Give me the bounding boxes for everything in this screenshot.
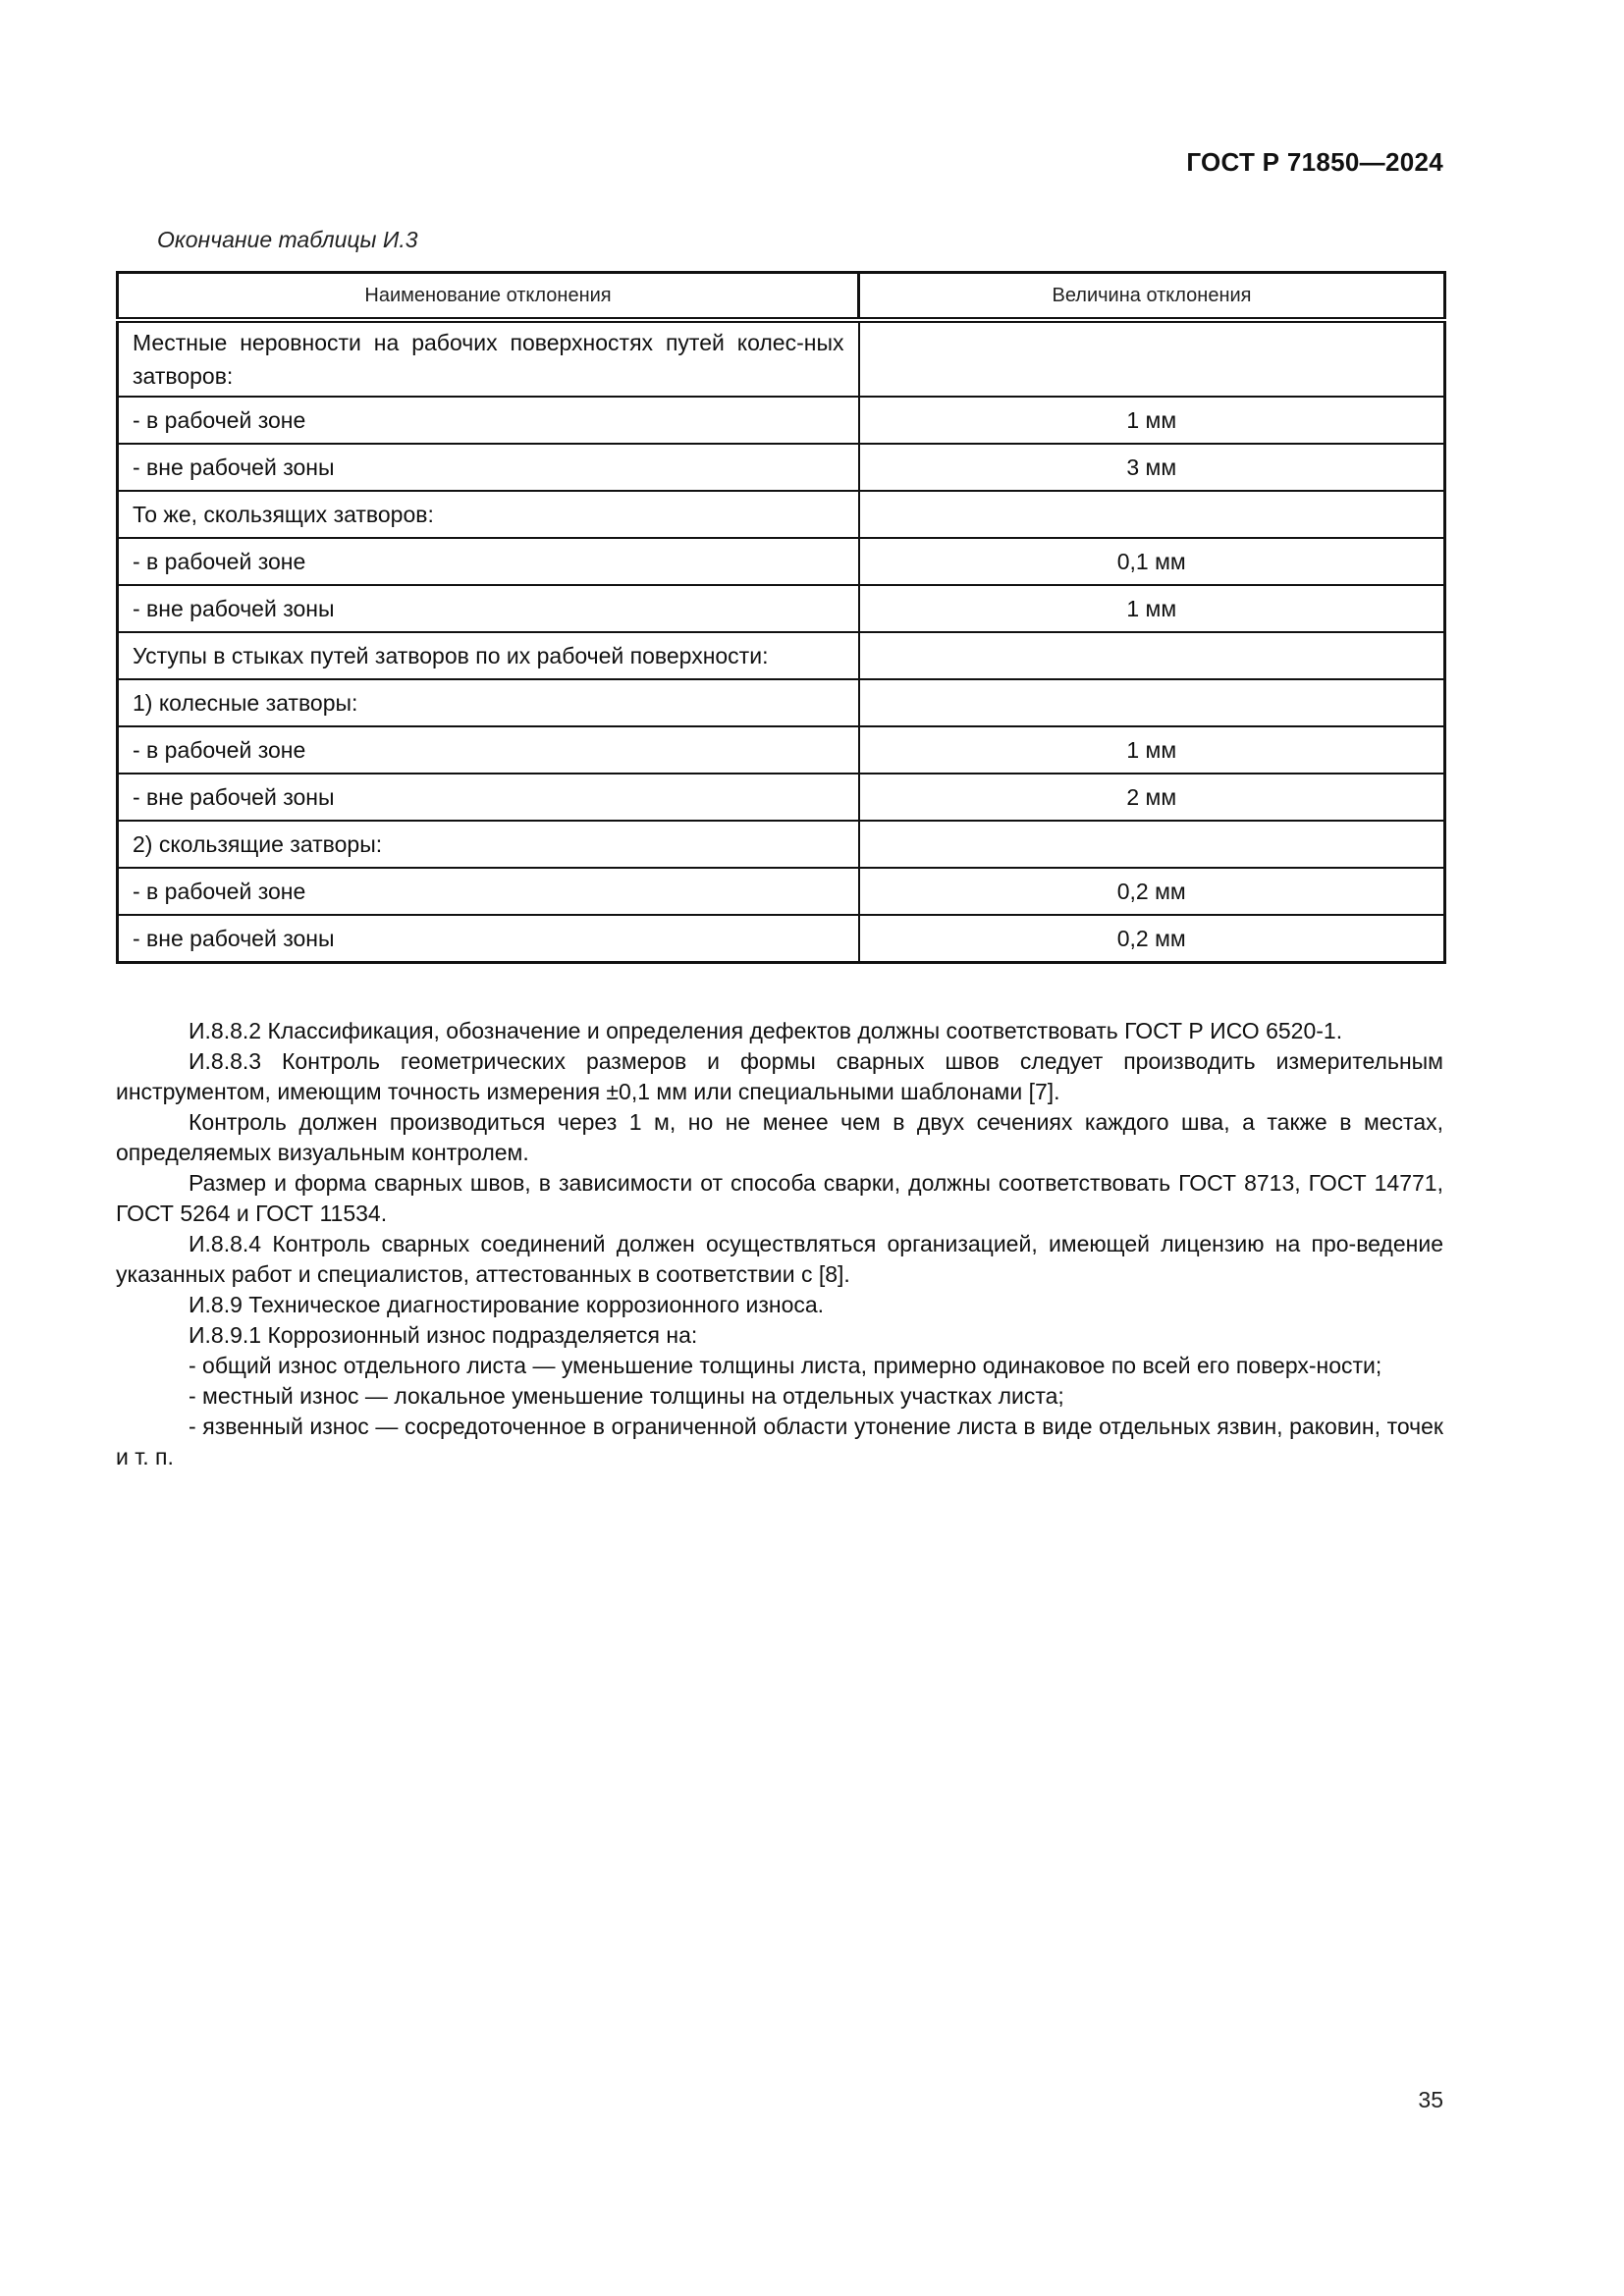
table-row: - вне рабочей зоны1 мм [118, 585, 1445, 632]
deviation-value-cell [859, 679, 1445, 726]
deviation-name-cell: - вне рабочей зоны [118, 585, 859, 632]
paragraph: И.8.8.3 Контроль геометрических размеров… [116, 1046, 1443, 1107]
deviation-name-cell: То же, скользящих затворов: [118, 491, 859, 538]
page-number: 35 [1418, 2087, 1443, 2113]
deviation-value-cell: 1 мм [859, 726, 1445, 774]
deviation-value-cell: 0,2 мм [859, 915, 1445, 963]
body-text: И.8.8.2 Классификация, обозначение и опр… [116, 1016, 1443, 1472]
deviation-name-cell: - в рабочей зоне [118, 868, 859, 915]
paragraph: И.8.8.4 Контроль сварных соединений долж… [116, 1229, 1443, 1290]
table-row: То же, скользящих затворов: [118, 491, 1445, 538]
deviation-value-cell: 1 мм [859, 397, 1445, 444]
table-row: - в рабочей зоне1 мм [118, 726, 1445, 774]
paragraph: И.8.9.1 Коррозионный износ подразделяетс… [116, 1320, 1443, 1351]
document-code: ГОСТ Р 71850—2024 [1186, 147, 1443, 178]
deviation-value-cell: 3 мм [859, 444, 1445, 491]
deviation-name-cell: - в рабочей зоне [118, 538, 859, 585]
table-row: 2) скользящие затворы: [118, 821, 1445, 868]
table-row: - в рабочей зоне1 мм [118, 397, 1445, 444]
paragraph: И.8.9 Техническое диагностирование корро… [116, 1290, 1443, 1320]
deviation-value-cell: 0,1 мм [859, 538, 1445, 585]
deviation-name-cell: - в рабочей зоне [118, 397, 859, 444]
deviation-name-cell: 2) скользящие затворы: [118, 821, 859, 868]
deviation-value-cell: 2 мм [859, 774, 1445, 821]
deviation-name-cell: Уступы в стыках путей затворов по их раб… [118, 632, 859, 679]
column-header-value: Величина отклонения [859, 273, 1445, 321]
table-row: Уступы в стыках путей затворов по их раб… [118, 632, 1445, 679]
table-body: Местные неровности на рабочих поверхност… [118, 320, 1445, 963]
deviation-name-cell: - в рабочей зоне [118, 726, 859, 774]
deviation-table-grid: Наименование отклонения Величина отклоне… [116, 271, 1446, 964]
paragraph: - язвенный износ — сосредоточенное в огр… [116, 1412, 1443, 1472]
deviation-name-cell: 1) колесные затворы: [118, 679, 859, 726]
deviation-value-cell [859, 821, 1445, 868]
deviation-table: Наименование отклонения Величина отклоне… [116, 271, 1443, 964]
table-row: - вне рабочей зоны3 мм [118, 444, 1445, 491]
deviation-value-cell [859, 632, 1445, 679]
paragraph: - общий износ отдельного листа — уменьше… [116, 1351, 1443, 1381]
paragraph: Размер и форма сварных швов, в зависимос… [116, 1168, 1443, 1229]
table-row: - вне рабочей зоны2 мм [118, 774, 1445, 821]
deviation-value-cell [859, 491, 1445, 538]
deviation-value-cell: 0,2 мм [859, 868, 1445, 915]
deviation-name-cell: Местные неровности на рабочих поверхност… [118, 320, 859, 397]
table-row: - в рабочей зоне0,2 мм [118, 868, 1445, 915]
table-row: 1) колесные затворы: [118, 679, 1445, 726]
table-row: - вне рабочей зоны0,2 мм [118, 915, 1445, 963]
table-row: - в рабочей зоне0,1 мм [118, 538, 1445, 585]
paragraph: И.8.8.2 Классификация, обозначение и опр… [116, 1016, 1443, 1046]
paragraph: Контроль должен производиться через 1 м,… [116, 1107, 1443, 1168]
deviation-name-cell: - вне рабочей зоны [118, 774, 859, 821]
table-header-row: Наименование отклонения Величина отклоне… [118, 273, 1445, 321]
table-row: Местные неровности на рабочих поверхност… [118, 320, 1445, 397]
deviation-value-cell [859, 320, 1445, 397]
deviation-name-cell: - вне рабочей зоны [118, 915, 859, 963]
column-header-name: Наименование отклонения [118, 273, 859, 321]
paragraph: - местный износ — локальное уменьшение т… [116, 1381, 1443, 1412]
deviation-name-cell: - вне рабочей зоны [118, 444, 859, 491]
deviation-value-cell: 1 мм [859, 585, 1445, 632]
table-caption: Окончание таблицы И.3 [157, 227, 418, 253]
